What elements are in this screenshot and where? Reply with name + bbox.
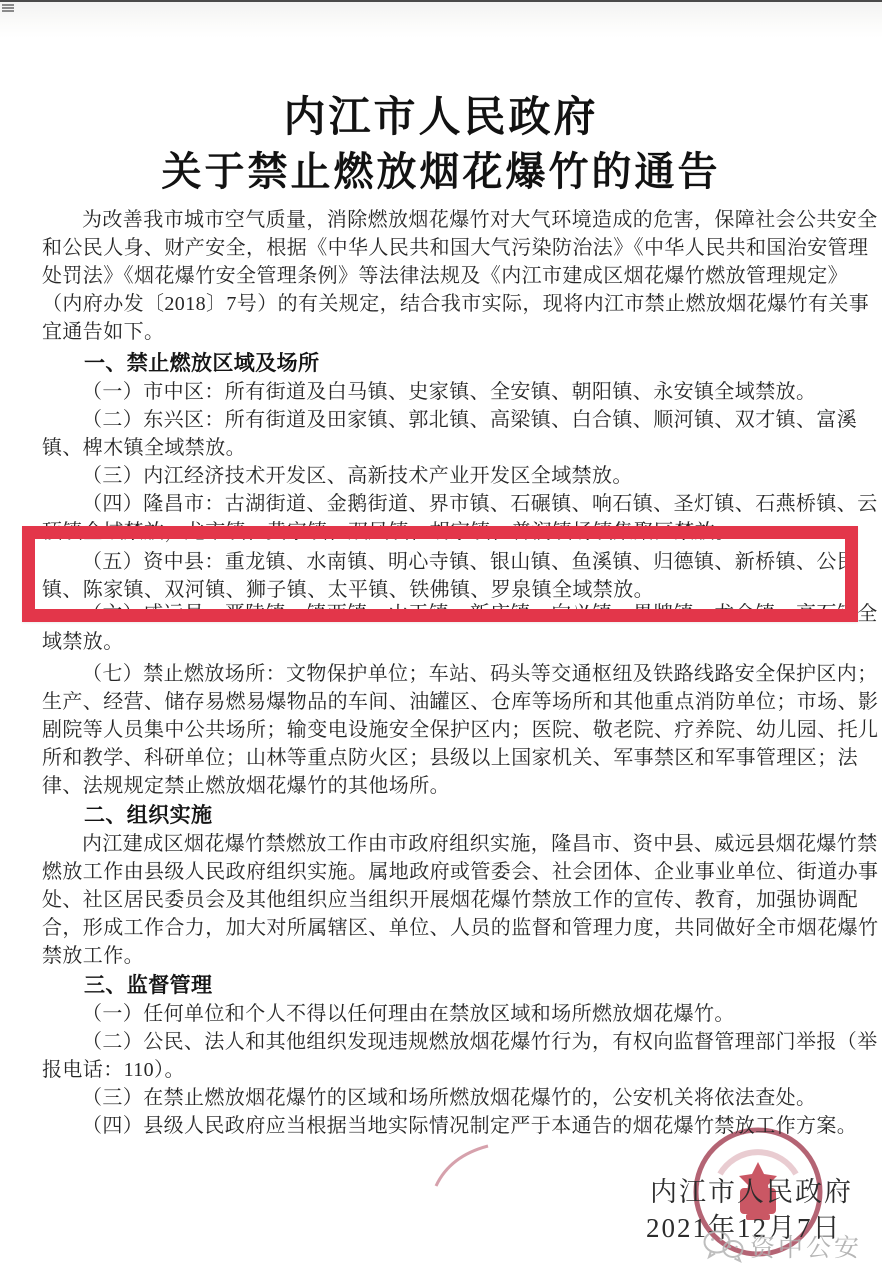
section1-item3: （三）内江经济技术开发区、高新技术产业开发区全域禁放。 <box>42 462 842 490</box>
scan-shadow <box>0 2 882 38</box>
watermark-label: 资中公安 <box>750 1228 862 1264</box>
scan-artifact-menu-icon <box>2 3 14 15</box>
section1-item1: （一）市中区：所有街道及白马镇、史家镇、全安镇、朝阳镇、永安镇全域禁放。 <box>42 378 842 406</box>
section3-item1: （一）任何单位和个人不得以任何理由在禁放区域和场所燃放烟花爆竹。 <box>42 1000 842 1028</box>
notice-document-page: 内江市人民政府 关于禁止燃放烟花爆竹的通告 为改善我市城市空气质量，消除燃放烟花… <box>0 0 882 1280</box>
section3-item4: （四）县级人民政府应当根据当地实际情况制定严于本通告的烟花爆竹禁放工作方案。 <box>42 1112 842 1140</box>
watermark: 资中公安 <box>702 1228 862 1264</box>
document-title-line2: 关于禁止燃放烟花爆竹的通告 <box>0 140 882 197</box>
section3-item3: （三）在禁止燃放烟花爆竹的区域和场所燃放烟花爆竹的，公安机关将依法查处。 <box>42 1084 842 1112</box>
section2-paragraph: 内江建成区烟花爆竹禁燃放工作由市政府组织实施，隆昌市、资中县、威远县烟花爆竹禁 … <box>42 830 842 970</box>
section1-heading: 一、禁止燃放区域及场所 <box>42 350 842 378</box>
section1-item2: （二）东兴区：所有街道及田家镇、郭北镇、高梁镇、白合镇、顺河镇、双才镇、富溪 镇… <box>42 406 842 462</box>
section3-item2: （二）公民、法人和其他组织发现违规燃放烟花爆竹行为，有权向监督管理部门举报（举 … <box>42 1028 842 1084</box>
section3-heading: 三、监督管理 <box>42 972 842 1000</box>
seal-arc-fragment <box>432 1142 490 1188</box>
issuer-name: 内江市人民政府 <box>650 1170 853 1209</box>
intro-paragraph: 为改善我市城市空气质量，消除燃放烟花爆竹对大气环境造成的危害，保障社会公共安全 … <box>42 206 842 346</box>
red-highlight-annotation-box <box>22 526 858 622</box>
section2-heading: 二、组织实施 <box>42 802 842 830</box>
section1-item7: （七）禁止燃放场所：文物保护单位；车站、码头等交通枢纽及铁路线路安全保护区内； … <box>42 660 842 800</box>
document-title-line1: 内江市人民政府 <box>0 84 882 144</box>
wechat-icon <box>702 1229 744 1263</box>
